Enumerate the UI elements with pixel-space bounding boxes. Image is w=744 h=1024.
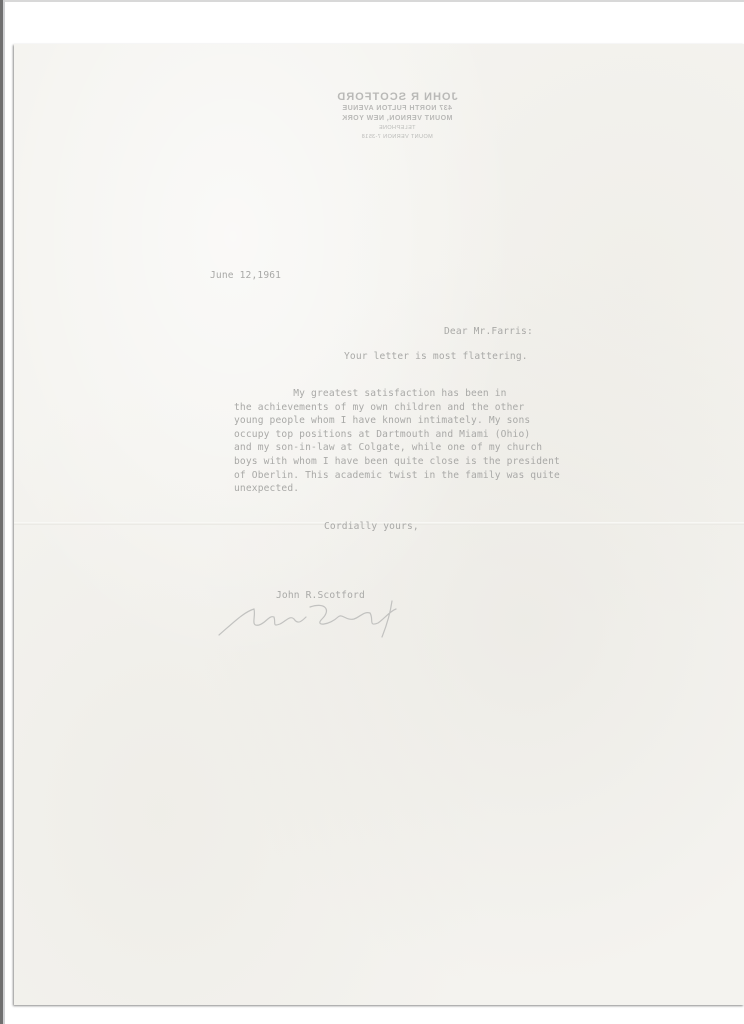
handwritten-signature (214, 597, 414, 639)
body-line: boys with whom I have been quite close i… (234, 455, 560, 469)
letterhead-city: MOUNT VERNON, NEW YORK (297, 114, 497, 124)
letterhead-phone: MOUNT VERNON 7-3518 (297, 133, 497, 142)
scan-top-edge (0, 0, 744, 2)
signature-name: John R.Scotford (276, 589, 365, 603)
body-line: young people whom I have known intimatel… (234, 414, 560, 428)
closing: Cordially yours, (324, 520, 419, 534)
body-line: of Oberlin. This academic twist in the f… (234, 469, 560, 483)
body-line: My greatest satisfaction has been in (234, 387, 560, 401)
scan-left-border-highlight (3, 0, 5, 1024)
body-line: unexpected. (234, 482, 560, 496)
body-line: the achievements of my own children and … (234, 401, 560, 415)
paragraph-2: My greatest satisfaction has been inthe … (234, 387, 560, 496)
body-line: and my son-in-law at Colgate, while one … (234, 441, 560, 455)
salutation: Dear Mr.Farris: (444, 325, 533, 339)
body-line: occupy top positions at Dartmouth and Mi… (234, 428, 560, 442)
letter-date: June 12,1961 (210, 269, 281, 283)
letterhead-name: JOHN R SCOTFORD (297, 90, 497, 104)
letterhead: JOHN R SCOTFORD 437 NORTH FULTON AVENUE … (297, 90, 497, 142)
letterhead-street: 437 NORTH FULTON AVENUE (297, 104, 497, 114)
letter-paper: JOHN R SCOTFORD 437 NORTH FULTON AVENUE … (14, 44, 744, 1005)
paragraph-1: Your letter is most flattering. (344, 350, 528, 364)
letterhead-phone-label: TELEPHONE (297, 124, 497, 133)
